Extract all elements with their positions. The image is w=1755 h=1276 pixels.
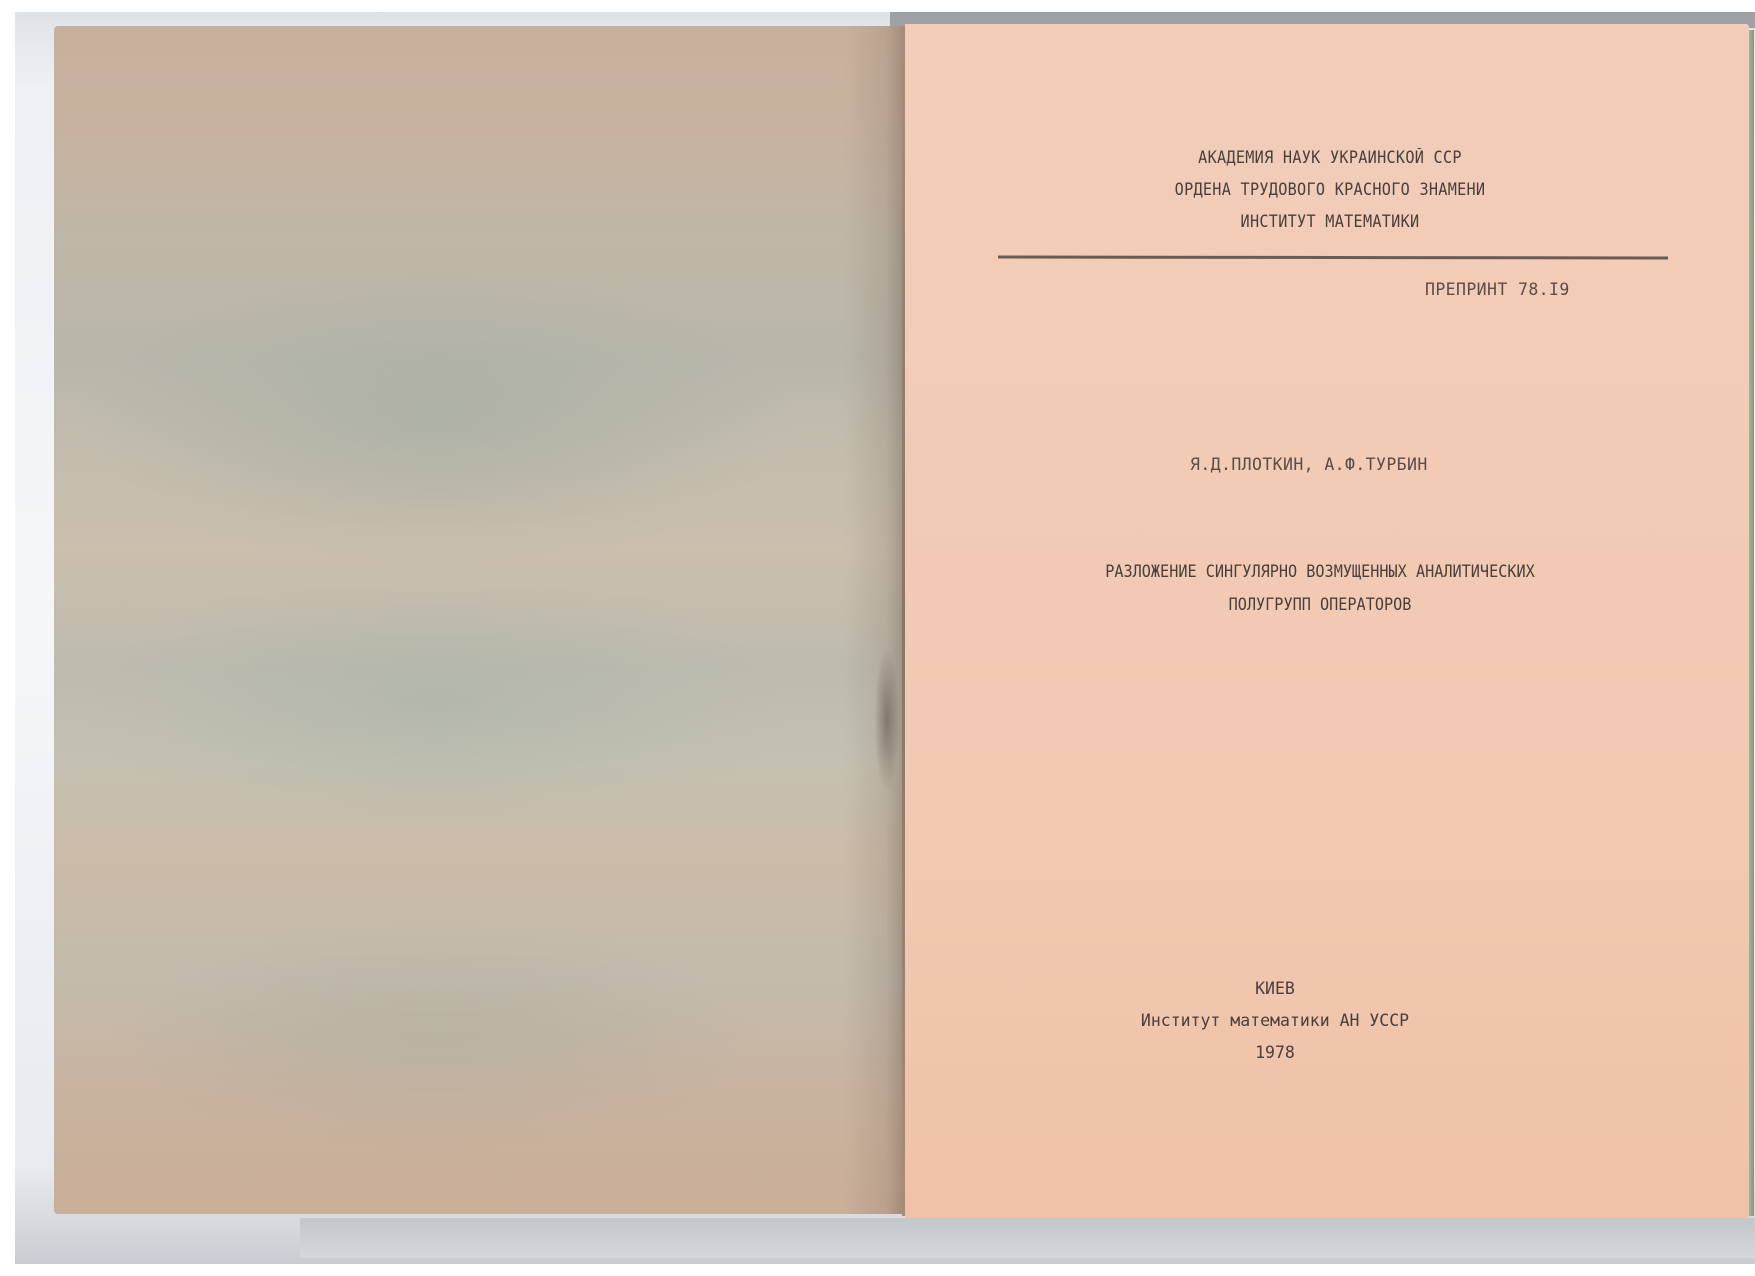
organization-header: АКАДЕМИЯ НАУК УКРАИНСКОЙ ССР ОРДЕНА ТРУД… bbox=[1100, 142, 1560, 238]
left-page-blank bbox=[54, 26, 904, 1214]
imprint-year: 1978 bbox=[1120, 1037, 1430, 1069]
organization-line: АКАДЕМИЯ НАУК УКРАИНСКОЙ ССР bbox=[1118, 142, 1541, 174]
spine-crease bbox=[865, 640, 905, 840]
organization-line: ОРДЕНА ТРУДОВОГО КРАСНОГО ЗНАМЕНИ bbox=[1118, 174, 1541, 206]
imprint-city: КИЕВ bbox=[1120, 973, 1430, 1005]
document-title: РАЗЛОЖЕНИЕ СИНГУЛЯРНО ВОЗМУЩЕННЫХ АНАЛИТ… bbox=[1060, 555, 1580, 621]
organization-line: ИНСТИТУТ МАТЕМАТИКИ bbox=[1118, 206, 1541, 238]
imprint: КИЕВ Институт математики АН УССР 1978 bbox=[1120, 973, 1430, 1069]
authors: Я.Д.ПЛОТКИН, А.Ф.ТУРБИН bbox=[1190, 455, 1428, 474]
title-line: РАЗЛОЖЕНИЕ СИНГУЛЯРНО ВОЗМУЩЕННЫХ АНАЛИТ… bbox=[1081, 555, 1559, 588]
preprint-number: ПРЕПРИНТ 78.I9 bbox=[1425, 280, 1570, 299]
page-edge bbox=[1749, 30, 1754, 1216]
scanner-shadow-bottom bbox=[300, 1218, 1755, 1258]
title-line: ПОЛУГРУПП ОПЕРАТОРОВ bbox=[1081, 588, 1559, 621]
imprint-publisher: Институт математики АН УССР bbox=[1120, 1005, 1430, 1037]
